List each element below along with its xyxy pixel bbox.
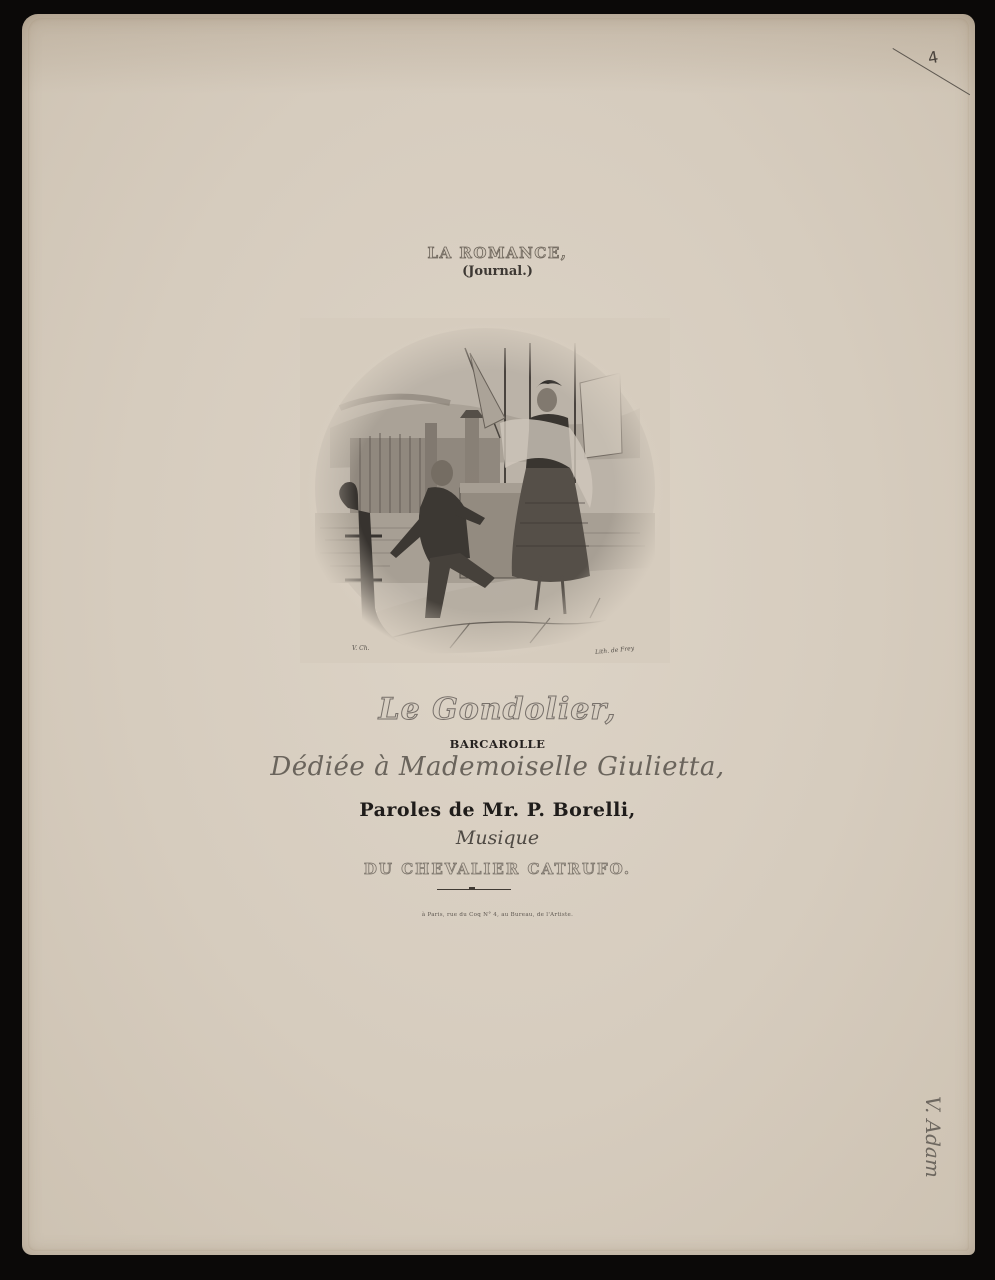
journal-subtitle: (Journal.) [0, 264, 995, 279]
journal-title: LA ROMANCE, [0, 244, 995, 262]
song-title: Le Gondolier, [0, 692, 995, 727]
divider-ornament [469, 887, 475, 889]
lyricist-credit: Paroles de Mr. P. Borelli, [0, 799, 995, 821]
music-label: Musique [0, 827, 995, 849]
pencil-margin-note: V. Adam [921, 1096, 945, 1178]
divider-rule [437, 889, 511, 890]
composer-credit: DU CHEVALIER CATRUFO. [0, 860, 995, 878]
artist-signature: V. Ch. [352, 645, 369, 652]
genre-label: BARCAROLLE [0, 737, 995, 751]
publisher-imprint: à Paris, rue du Coq N° 4, au Bureau, de … [0, 912, 995, 918]
dedication-line: Dédiée à Mademoiselle Giulietta, [0, 752, 995, 782]
gondolier-scene-icon [300, 318, 670, 663]
lithograph-illustration [300, 318, 670, 663]
